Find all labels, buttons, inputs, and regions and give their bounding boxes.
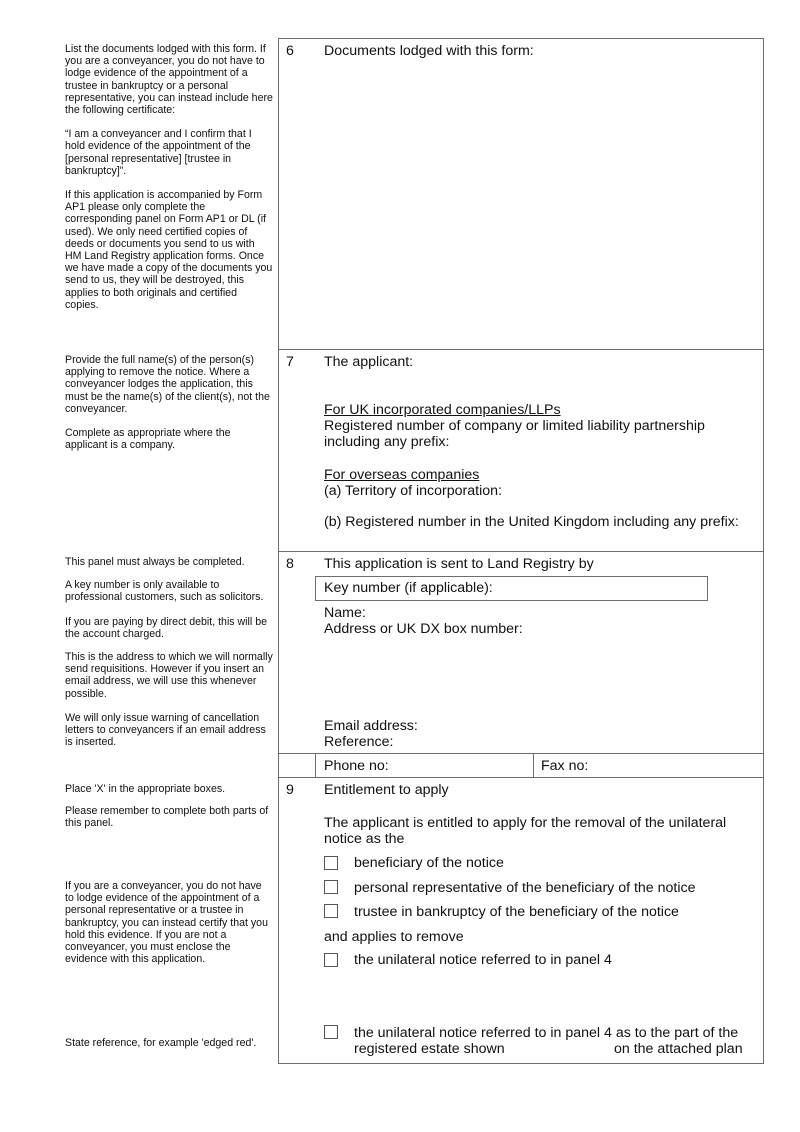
guidance-text: A key number is only available to profes…	[65, 579, 273, 603]
remove-part-notice-label-cont: registered estate shown	[354, 1041, 505, 1057]
panel-divider	[278, 777, 764, 778]
panel-title: Entitlement to apply	[324, 782, 449, 798]
panel-number: 6	[286, 43, 294, 59]
uk-registered-number-label-cont: including any prefix:	[324, 434, 449, 450]
guidance-text: List the documents lodged with this form…	[65, 43, 273, 116]
remove-part-notice-label-end: on the attached plan	[614, 1041, 743, 1057]
address-label: Address or UK DX box number:	[324, 621, 523, 637]
panel-title: This application is sent to Land Registr…	[324, 556, 594, 572]
guidance-text: State reference, for example 'edged red'…	[65, 1037, 273, 1049]
remove-whole-notice-label: the unilateral notice referred to in pan…	[354, 952, 612, 968]
guidance-text: This panel must always be completed.	[65, 556, 273, 568]
guidance-text: If you are a conveyancer, you do not hav…	[65, 880, 273, 965]
personal-representative-checkbox[interactable]	[324, 880, 338, 894]
overseas-companies-heading: For overseas companies	[324, 467, 479, 483]
panel-title: The applicant:	[324, 354, 413, 370]
documents-lodged-input[interactable]	[324, 64, 758, 346]
uk-registered-number-input[interactable]	[480, 432, 754, 452]
remove-part-notice-checkbox[interactable]	[324, 1025, 338, 1039]
guidance-text: Complete as appropriate where the applic…	[65, 427, 273, 451]
guidance-text: Please remember to complete both parts o…	[65, 805, 273, 829]
guidance-text: This is the address to which we will nor…	[65, 651, 273, 700]
reference-input[interactable]	[400, 732, 757, 752]
panel-divider	[278, 753, 764, 754]
guidance-text: We will only issue warning of cancellati…	[65, 712, 273, 749]
panel9-reference-guidance: State reference, for example 'edged red'…	[65, 1037, 273, 1061]
territory-of-incorporation-label: (a) Territory of incorporation:	[324, 483, 502, 499]
name-label: Name:	[324, 605, 366, 621]
name-input[interactable]	[372, 603, 756, 623]
applicant-name-input[interactable]	[324, 374, 758, 400]
panel-divider	[278, 551, 764, 552]
panel-number: 9	[286, 782, 294, 798]
fax-label: Fax no:	[541, 758, 588, 774]
uk-companies-heading: For UK incorporated companies/LLPs	[324, 402, 561, 418]
guidance-text: If you are paying by direct debit, this …	[65, 616, 273, 640]
guidance-text: Place 'X' in the appropriate boxes.	[65, 783, 273, 795]
remove-part-notice-label: the unilateral notice referred to in pan…	[354, 1025, 738, 1041]
guidance-certificate-text: “I am a conveyancer and I confirm that I…	[65, 128, 273, 177]
panel7-guidance: Provide the full name(s) of the person(s…	[65, 354, 273, 463]
panel-number: 8	[286, 556, 294, 572]
key-number-input[interactable]	[505, 578, 707, 600]
key-number-label: Key number (if applicable):	[324, 580, 493, 596]
entitlement-intro: The applicant is entitled to apply for t…	[324, 815, 726, 831]
phone-input[interactable]	[395, 756, 534, 776]
panel8-guidance: This panel must always be completed. A k…	[65, 556, 273, 760]
beneficiary-checkbox[interactable]	[324, 856, 338, 870]
panel-title: Documents lodged with this form:	[324, 43, 534, 59]
territory-of-incorporation-input[interactable]	[520, 481, 754, 501]
plan-reference-input[interactable]	[515, 1040, 614, 1059]
panel6-guidance: List the documents lodged with this form…	[65, 43, 273, 323]
entitlement-intro-cont: notice as the	[324, 831, 404, 847]
guidance-text: Provide the full name(s) of the person(s…	[65, 354, 273, 415]
uk-registered-number-overseas-label: (b) Registered number in the United King…	[324, 514, 739, 530]
panel-number: 7	[286, 354, 294, 370]
phone-label: Phone no:	[324, 758, 389, 774]
panel-divider	[278, 349, 764, 350]
fax-input[interactable]	[596, 756, 760, 776]
applies-to-remove-label: and applies to remove	[324, 929, 464, 945]
trustee-in-bankruptcy-option-label: trustee in bankruptcy of the beneficiary…	[354, 904, 679, 920]
beneficiary-option-label: beneficiary of the notice	[354, 855, 504, 871]
phone-cell-divider	[315, 753, 316, 777]
remove-whole-notice-checkbox[interactable]	[324, 953, 338, 967]
panel9-conveyancer-guidance: If you are a conveyancer, you do not hav…	[65, 880, 273, 977]
reference-label: Reference:	[324, 734, 393, 750]
trustee-in-bankruptcy-checkbox[interactable]	[324, 904, 338, 918]
panel9-guidance: Place 'X' in the appropriate boxes. Plea…	[65, 783, 273, 842]
address-input[interactable]	[324, 640, 758, 716]
guidance-text: If this application is accompanied by Fo…	[65, 189, 273, 311]
personal-representative-option-label: personal representative of the beneficia…	[354, 880, 696, 896]
